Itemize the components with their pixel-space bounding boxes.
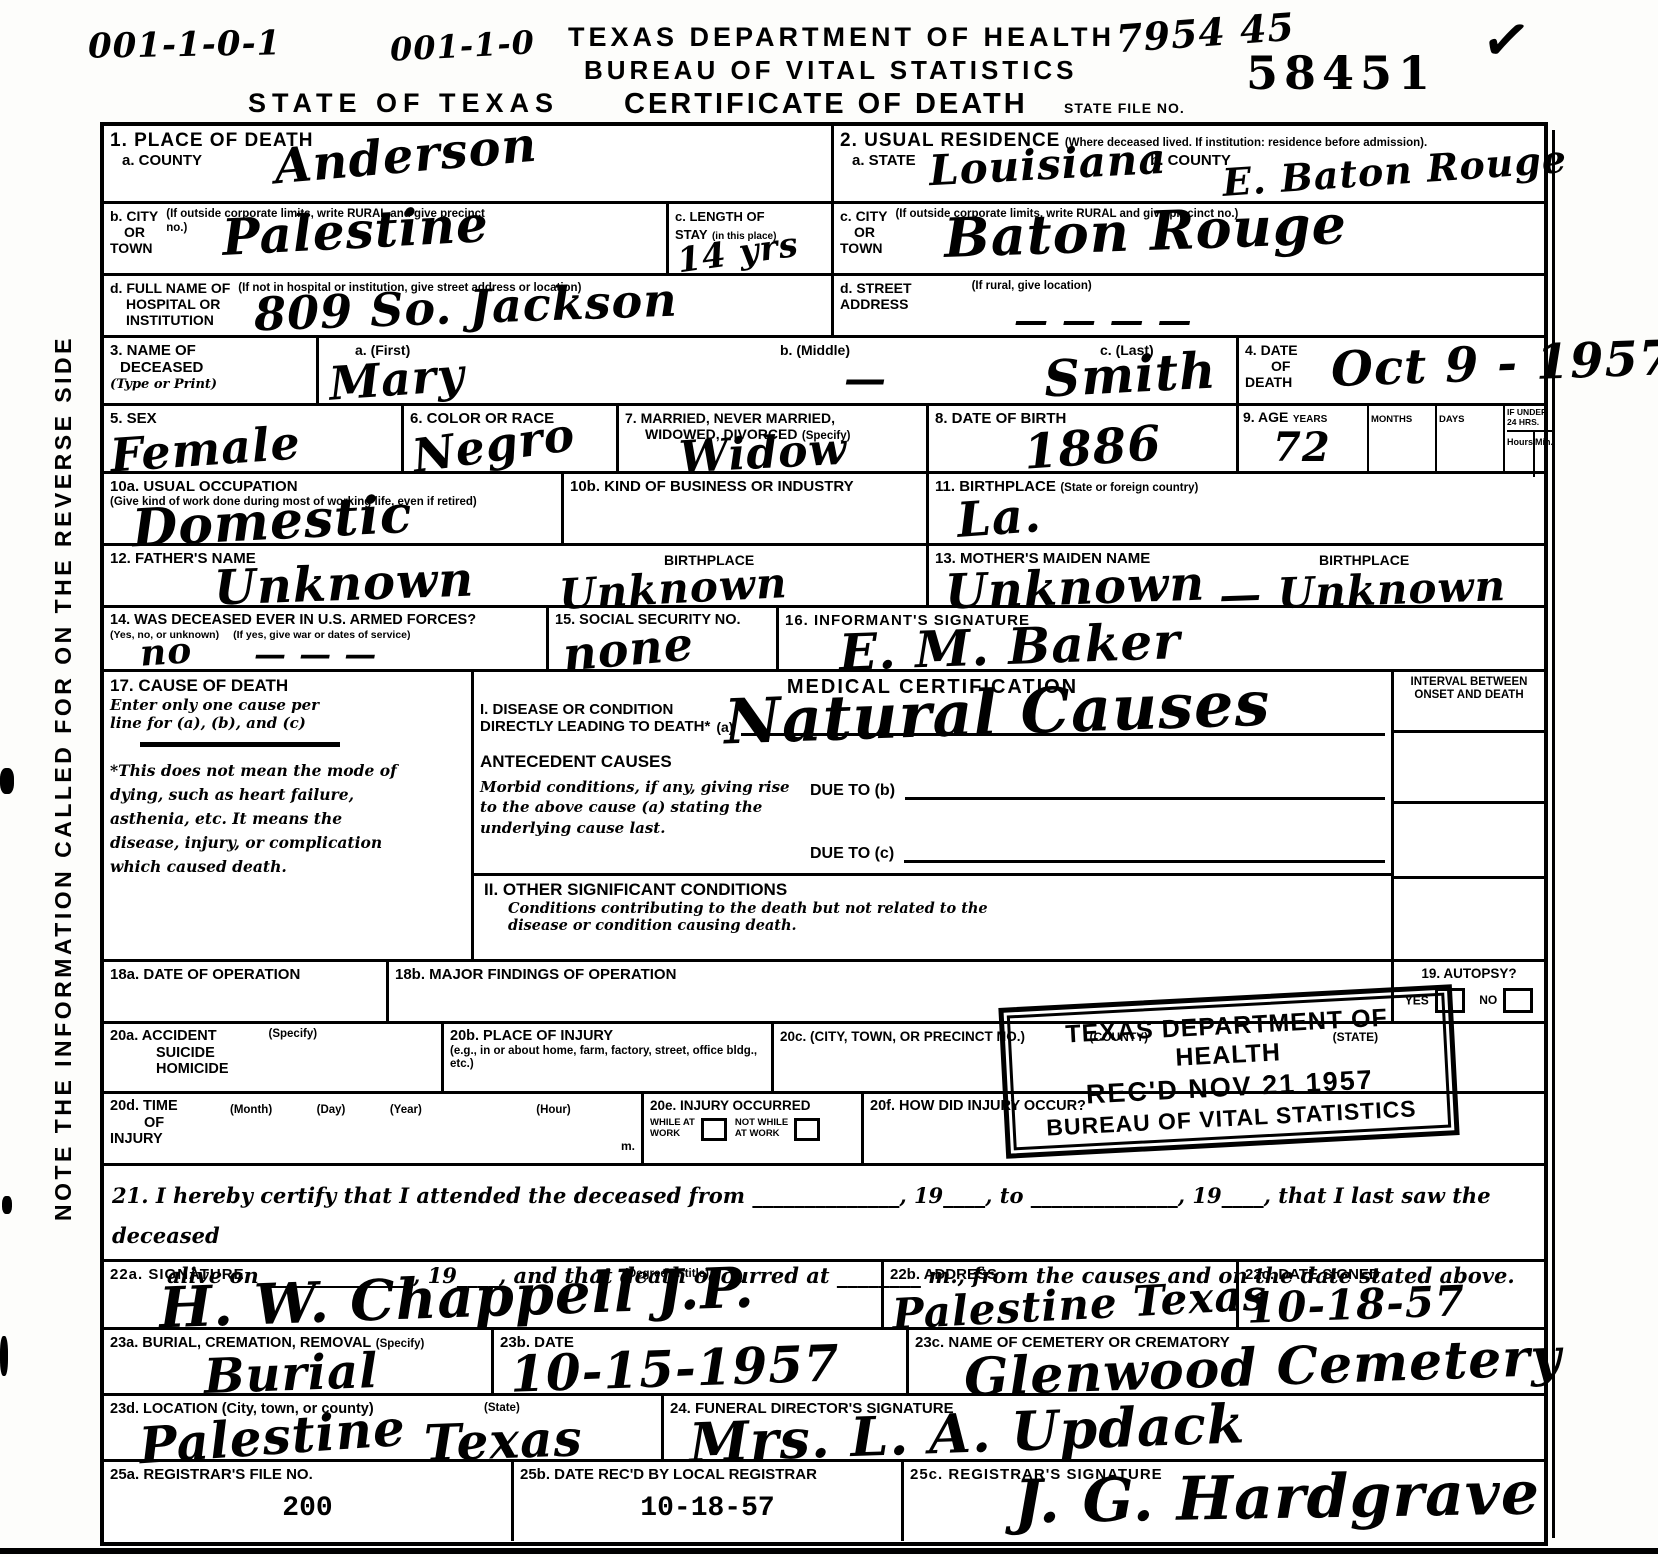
row-parents: 12. FATHER'S NAME BIRTHPLACE Unknown Unk… bbox=[104, 546, 1544, 608]
marital-cell: 7. MARRIED, NEVER MARRIED, WIDOWED, DIVO… bbox=[619, 406, 929, 471]
disease-label-1: I. DISEASE OR CONDITION bbox=[480, 701, 710, 718]
row-medical: 17. CAUSE OF DEATH Enter only one cause … bbox=[104, 672, 1544, 962]
cause-note1: Enter only one cause per line for (a), (… bbox=[110, 696, 340, 732]
cause-note2: *This does not mean the mode of dying, s… bbox=[110, 759, 410, 879]
burial-cell: 23a. BURIAL, CREMATION, REMOVAL (Specify… bbox=[104, 1330, 494, 1393]
scan-artifact bbox=[2, 1196, 12, 1214]
burial-date-cell: 23b. DATE 10-15-1957 bbox=[494, 1330, 909, 1393]
burial-location-city-value: Palestine bbox=[138, 1403, 408, 1471]
hospital-label-2: HOSPITAL OR bbox=[126, 296, 230, 312]
toi-label-3: INJURY bbox=[110, 1131, 220, 1148]
last-name-value: Smith bbox=[1043, 346, 1218, 405]
residence-city-label-2: OR bbox=[854, 224, 887, 240]
toi-m-label: m. bbox=[220, 1140, 635, 1154]
burial-note: (Specify) bbox=[376, 1338, 425, 1350]
city-of-death-cell: b. CITY OR TOWN (If outside corporate li… bbox=[104, 204, 669, 273]
informant-cell: 16. INFORMANT'S SIGNATURE E. M. Baker bbox=[779, 608, 1544, 669]
business-cell: 10b. KIND OF BUSINESS OR INDUSTRY bbox=[564, 474, 929, 543]
signature-value: H. W. Chappell J.P. bbox=[158, 1260, 755, 1337]
autopsy-label: 19. AUTOPSY? bbox=[1400, 966, 1538, 982]
date-recd-cell: 25b. DATE REC'D BY LOCAL REGISTRAR 10-18… bbox=[514, 1462, 904, 1541]
armed-forces-label: 14. WAS DECEASED EVER IN U.S. ARMED FORC… bbox=[110, 612, 540, 629]
middle-name-cell: b. (Middle) — bbox=[684, 338, 1064, 403]
age-cell: 9. AGE YEARS 72 MONTHS DAYS IF UNDER 24 … bbox=[1239, 406, 1555, 471]
registrar-signature-value: J. G. Hardgrave bbox=[1014, 1463, 1541, 1532]
birthplace-cell: 11. BIRTHPLACE (State or foreign country… bbox=[929, 474, 1544, 543]
residence-city-value: Baton Rouge bbox=[943, 197, 1348, 265]
city-label-1: b. CITY bbox=[110, 208, 158, 224]
row-city: b. CITY OR TOWN (If outside corporate li… bbox=[104, 204, 1544, 276]
street-address-cell: d. STREET ADDRESS (If rural, give locati… bbox=[834, 276, 1544, 335]
due-to-c-label: DUE TO (c) bbox=[810, 845, 894, 863]
burial-location-cell: 23d. LOCATION (City, town, or county) (S… bbox=[104, 1396, 664, 1459]
mother-cell: 13. MOTHER'S MAIDEN NAME BIRTHPLACE Unkn… bbox=[929, 546, 1544, 605]
registrar-signature-cell: 25c. REGISTRAR'S SIGNATURE J. G. Hardgra… bbox=[904, 1462, 1544, 1541]
signer-address-value: Palestine Texas bbox=[891, 1274, 1268, 1336]
antecedent-label: ANTECEDENT CAUSES bbox=[480, 752, 1385, 772]
certificate-form: 1. PLACE OF DEATH a. COUNTY Anderson 2. … bbox=[100, 122, 1548, 1546]
place-of-injury-label: 20b. PLACE OF INJURY bbox=[450, 1028, 765, 1045]
other-conditions-label: II. OTHER SIGNIFICANT CONDITIONS bbox=[484, 880, 1381, 900]
autopsy-no-checkbox bbox=[1503, 988, 1533, 1013]
while-at-work-checkbox bbox=[701, 1118, 727, 1141]
interval-line-a bbox=[1394, 702, 1544, 733]
armed-forces-cell: 14. WAS DECEASED EVER IN U.S. ARMED FORC… bbox=[104, 608, 549, 669]
physician-signature-cell: 22a. SIGNATURE (Degree or title) H. W. C… bbox=[104, 1262, 884, 1327]
age-label: 9. AGE bbox=[1243, 409, 1288, 425]
row-name: 3. NAME OF DECEASED (Type or Print) a. (… bbox=[104, 338, 1544, 406]
age-hours-label: Hours bbox=[1507, 432, 1535, 477]
scan-bottom-edge bbox=[0, 1548, 1658, 1554]
row-signature: 22a. SIGNATURE (Degree or title) H. W. C… bbox=[104, 1262, 1544, 1330]
birthplace-note: (State or foreign country) bbox=[1060, 482, 1198, 494]
place-of-injury-note: (e.g., in or about home, farm, factory, … bbox=[450, 1045, 765, 1073]
city-of-death-value: Palestine bbox=[221, 199, 490, 263]
registrar-file-cell: 25a. REGISTRAR'S FILE NO. 200 bbox=[104, 1462, 514, 1541]
age-months-cell: MONTHS bbox=[1369, 406, 1437, 471]
injury-occurred-cell: 20e. INJURY OCCURRED WHILE AT WORK NOT W… bbox=[644, 1094, 864, 1163]
injury-city-label: 20c. (CITY, TOWN, OR PRECINCT NO.) bbox=[780, 1029, 1025, 1044]
injury-occurred-label: 20e. INJURY OCCURRED bbox=[650, 1098, 855, 1114]
date-signed-cell: 22c. DATE SIGNED 10-18-57 bbox=[1239, 1262, 1544, 1327]
autopsy-no-label: NO bbox=[1479, 993, 1497, 1007]
first-name-cell: a. (First) Mary bbox=[319, 338, 684, 403]
death-certificate-scan: 001-1-0-1 001-1-0 TEXAS DEPARTMENT OF HE… bbox=[0, 0, 1658, 1557]
middle-name-label: b. (Middle) bbox=[780, 342, 1058, 358]
marital-label: 7. MARRIED, NEVER MARRIED, bbox=[625, 410, 920, 426]
toi-label-1: 20d. TIME bbox=[110, 1098, 220, 1115]
medical-certification-cell: MEDICAL CERTIFICATION I. DISEASE OR COND… bbox=[474, 672, 1394, 959]
date-of-death-value: Oct 9 - 1957 bbox=[1330, 334, 1658, 394]
sex-cell: 5. SEX Female bbox=[104, 406, 404, 471]
received-stamp: TEXAS DEPARTMENT OF HEALTH REC'D NOV 21 … bbox=[998, 984, 1459, 1159]
state-of-texas-title: STATE OF TEXAS bbox=[248, 88, 559, 119]
dob-value: 1886 bbox=[1022, 419, 1163, 476]
city-label-2: OR bbox=[124, 224, 158, 240]
birthplace-value: La. bbox=[955, 491, 1043, 545]
registrar-file-label: 25a. REGISTRAR'S FILE NO. bbox=[110, 1466, 505, 1483]
handwritten-code-left-2: 001-1-0 bbox=[389, 26, 535, 66]
name-label-note: (Type or Print) bbox=[110, 377, 310, 392]
residence-state-label: a. STATE bbox=[852, 152, 916, 169]
length-of-stay-cell: c. LENGTH OF STAY (in this place) 14 yrs bbox=[669, 204, 834, 273]
cause-of-death-cell: 17. CAUSE OF DEATH Enter only one cause … bbox=[104, 672, 474, 959]
not-while-at-work-checkbox bbox=[794, 1118, 820, 1141]
while-at-work-label-2: WORK bbox=[650, 1129, 695, 1140]
certify-line-1: 21. I hereby certify that I attended the… bbox=[112, 1176, 1536, 1256]
burial-location-state-value: Texas bbox=[423, 1413, 583, 1469]
row-armed-ssn: 14. WAS DECEASED EVER IN U.S. ARMED FORC… bbox=[104, 608, 1544, 672]
state-file-number: 58451 bbox=[1246, 46, 1436, 100]
hospital-cell: d. FULL NAME OF HOSPITAL OR INSTITUTION … bbox=[104, 276, 834, 335]
checkmark: ✓ bbox=[1478, 3, 1536, 77]
toi-hour-label: (Hour) bbox=[536, 1104, 571, 1116]
burial-date-value: 10-15-1957 bbox=[509, 1338, 840, 1399]
residence-city-label-1: c. CITY bbox=[840, 208, 887, 224]
street-label-1: d. STREET bbox=[840, 280, 912, 296]
certificate-of-death-title: CERTIFICATE OF DEATH bbox=[624, 88, 1028, 121]
residence-county-value: E. Baton Rouge bbox=[1221, 140, 1568, 202]
name-label-cell: 3. NAME OF DECEASED (Type or Print) bbox=[104, 338, 319, 403]
interval-cell: INTERVAL BETWEEN ONSET AND DEATH bbox=[1394, 672, 1544, 959]
cemetery-cell: 23c. NAME OF CEMETERY OR CREMATORY Glenw… bbox=[909, 1330, 1544, 1393]
age-value: 72 bbox=[1273, 428, 1331, 468]
first-name-value: Mary bbox=[328, 351, 467, 406]
hospital-value: 809 So. Jackson bbox=[253, 277, 678, 338]
time-of-injury-cell: 20d. TIME OF INJURY (Month) (Day) (Year)… bbox=[104, 1094, 644, 1163]
residence-city-label-3: TOWN bbox=[840, 240, 887, 256]
date-signed-value: 10-18-57 bbox=[1246, 1280, 1466, 1330]
marital-value: Widow bbox=[678, 428, 848, 481]
accident-cell: 20a. ACCIDENT SUICIDE HOMICIDE (Specify) bbox=[104, 1024, 444, 1091]
date-recd-value: 10-18-57 bbox=[520, 1493, 895, 1524]
funeral-director-value: Mrs. L. A. Updack bbox=[688, 1396, 1246, 1469]
interval-line-c bbox=[1394, 804, 1544, 879]
antecedent-note: Morbid conditions, if any, giving rise t… bbox=[480, 777, 810, 863]
age-days-cell: DAYS bbox=[1437, 406, 1505, 471]
cause-title: 17. CAUSE OF DEATH bbox=[110, 676, 465, 696]
hospital-label-1: d. FULL NAME OF bbox=[110, 280, 230, 296]
funeral-director-cell: 24. FUNERAL DIRECTOR'S SIGNATURE Mrs. L.… bbox=[664, 1396, 1544, 1459]
toi-label-2: OF bbox=[144, 1115, 220, 1132]
place-of-injury-cell: 20b. PLACE OF INJURY (e.g., in or about … bbox=[444, 1024, 774, 1091]
stay-label-1: c. LENGTH OF bbox=[675, 209, 765, 224]
not-while-at-work-label-2: AT WORK bbox=[735, 1129, 788, 1140]
name-label-2: DECEASED bbox=[120, 359, 310, 376]
age-under24-label: IF UNDER 24 HRS. bbox=[1507, 408, 1553, 428]
street-label-2: ADDRESS bbox=[840, 296, 912, 312]
disease-label-2: DIRECTLY LEADING TO DEATH* bbox=[480, 718, 710, 735]
accident-note: (Specify) bbox=[269, 1028, 318, 1078]
scan-artifact bbox=[0, 768, 14, 794]
row-sex-age: 5. SEX Female 6. COLOR OR RACE Negro 7. … bbox=[104, 406, 1544, 474]
scan-artifact bbox=[0, 1336, 8, 1376]
race-cell: 6. COLOR OR RACE Negro bbox=[404, 406, 619, 471]
cause-of-death-value: Natural Causes bbox=[723, 672, 1271, 753]
dept-title-line1: TEXAS DEPARTMENT OF HEALTH bbox=[568, 22, 1115, 53]
age-years-cell: 9. AGE YEARS 72 bbox=[1239, 406, 1369, 471]
row-certify-statement: 21. I hereby certify that I attended the… bbox=[104, 1166, 1544, 1262]
ssn-value: none bbox=[561, 620, 695, 677]
ssn-cell: 15. SOCIAL SECURITY NO. none bbox=[549, 608, 779, 669]
due-to-c-line bbox=[904, 844, 1385, 863]
row-registrar: 25a. REGISTRAR'S FILE NO. 200 25b. DATE … bbox=[104, 1462, 1544, 1541]
date-of-death-cell: 4. DATE OF DEATH Oct 9 - 1957 bbox=[1239, 338, 1544, 403]
due-to-b-line bbox=[905, 781, 1385, 800]
age-days-label: DAYS bbox=[1439, 414, 1465, 425]
name-label-1: 3. NAME OF bbox=[110, 342, 310, 359]
accident-label-2: SUICIDE bbox=[156, 1045, 229, 1062]
interval-label-1: INTERVAL BETWEEN bbox=[1394, 676, 1544, 689]
occupation-cell: 10a. USUAL OCCUPATION (Give kind of work… bbox=[104, 474, 564, 543]
age-months-label: MONTHS bbox=[1371, 414, 1412, 425]
row-burial: 23a. BURIAL, CREMATION, REMOVAL (Specify… bbox=[104, 1330, 1544, 1396]
interval-label-2: ONSET AND DEATH bbox=[1394, 689, 1544, 702]
findings-label: 18b. MAJOR FINDINGS OF OPERATION bbox=[395, 966, 1385, 983]
usual-residence-cell: 2. USUAL RESIDENCE (Where deceased lived… bbox=[834, 126, 1544, 201]
divider bbox=[140, 742, 340, 747]
informant-value: E. M. Baker bbox=[838, 616, 1181, 678]
state-file-no-label: STATE FILE NO. bbox=[1064, 100, 1185, 116]
toi-month-label: (Month) bbox=[230, 1104, 272, 1116]
accident-label-1: 20a. ACCIDENT bbox=[110, 1028, 229, 1045]
signer-address-cell: 22b. ADDRESS Palestine Texas bbox=[884, 1262, 1239, 1327]
residence-city-cell: c. CITY OR TOWN (If outside corporate li… bbox=[834, 204, 1544, 273]
street-value: — — — — bbox=[1014, 304, 1193, 338]
dept-title-line2: BUREAU OF VITAL STATISTICS bbox=[584, 56, 1078, 86]
age-min-label: Min. bbox=[1535, 432, 1553, 477]
handwritten-code-left: 001-1-0-1 bbox=[88, 26, 282, 63]
toi-year-label: (Year) bbox=[390, 1104, 422, 1116]
toi-day-label: (Day) bbox=[317, 1104, 346, 1116]
city-label-3: TOWN bbox=[110, 240, 158, 256]
other-conditions-note: Conditions contributing to the death but… bbox=[508, 900, 1028, 934]
accident-label-3: HOMICIDE bbox=[156, 1061, 229, 1078]
armed-forces-value: no bbox=[139, 632, 194, 672]
place-of-death-cell: 1. PLACE OF DEATH a. COUNTY Anderson bbox=[104, 126, 834, 201]
father-cell: 12. FATHER'S NAME BIRTHPLACE Unknown Unk… bbox=[104, 546, 929, 605]
sex-value: Female bbox=[109, 419, 302, 478]
hospital-label-3: INSTITUTION bbox=[126, 312, 230, 328]
business-label: 10b. KIND OF BUSINESS OR INDUSTRY bbox=[570, 478, 920, 495]
middle-name-value: — bbox=[844, 358, 887, 400]
registrar-file-value: 200 bbox=[110, 1493, 505, 1524]
age-under24-cell: IF UNDER 24 HRS. Hours Min. bbox=[1505, 406, 1555, 471]
date-recd-label: 25b. DATE REC'D BY LOCAL REGISTRAR bbox=[520, 1466, 895, 1483]
date-of-operation-cell: 18a. DATE OF OPERATION bbox=[104, 962, 389, 1021]
armed-forces-dashes: — — — bbox=[254, 638, 377, 670]
father-name-value: Unknown bbox=[213, 555, 475, 612]
row-occupation: 10a. USUAL OCCUPATION (Give kind of work… bbox=[104, 474, 1544, 546]
row-hospital-street: d. FULL NAME OF HOSPITAL OR INSTITUTION … bbox=[104, 276, 1544, 338]
interval-line-b bbox=[1394, 733, 1544, 804]
reverse-side-note: NOTE THE INFORMATION CALLED FOR ON THE R… bbox=[50, 335, 77, 1221]
date-of-operation-label: 18a. DATE OF OPERATION bbox=[110, 966, 380, 983]
dob-cell: 8. DATE OF BIRTH 1886 bbox=[929, 406, 1239, 471]
residence-state-value: Louisiana bbox=[928, 138, 1167, 192]
row-location: 23d. LOCATION (City, town, or county) (S… bbox=[104, 1396, 1544, 1462]
last-name-cell: c. (Last) Smith bbox=[1064, 338, 1239, 403]
due-to-b-label: DUE TO (b) bbox=[810, 782, 895, 800]
burial-value: Burial bbox=[203, 1347, 379, 1401]
